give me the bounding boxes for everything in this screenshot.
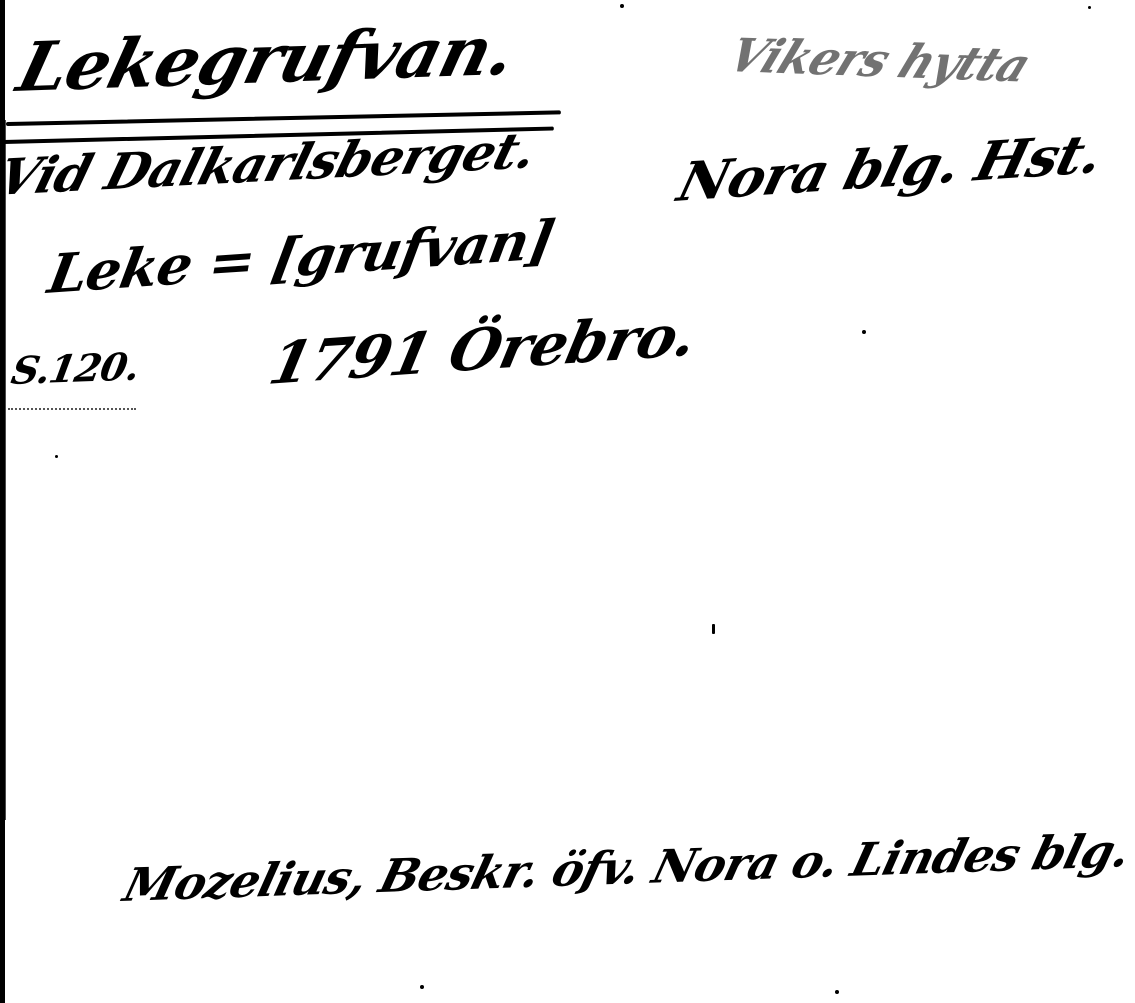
source-citation: Mozelius, Beskr. öfv. Nora o. Lindes blg… bbox=[118, 823, 1135, 912]
ink-speck bbox=[862, 330, 866, 334]
ink-speck bbox=[1088, 6, 1091, 9]
ink-speck bbox=[420, 985, 424, 989]
ink-speck bbox=[620, 4, 624, 8]
page-reference: S.120. bbox=[8, 344, 143, 393]
ink-speck bbox=[835, 990, 839, 994]
card-title: Lekegrufvan. bbox=[10, 11, 523, 108]
archive-card: Lekegrufvan. Vikers hytta Vid Dalkarlsbe… bbox=[0, 0, 1135, 1003]
ink-speck bbox=[55, 455, 58, 458]
location-line: Vid Dalkarlsberget. bbox=[0, 120, 542, 206]
page-reference-dotted-underline bbox=[8, 408, 136, 410]
year-place-line: 1791 Örebro. bbox=[263, 301, 702, 398]
parish-note: Vikers hytta bbox=[720, 28, 1038, 92]
district-note: Nora blg. Hst. bbox=[672, 121, 1109, 214]
card-left-edge-line bbox=[0, 0, 5, 1003]
name-variant-line: Leke = [grufvan] bbox=[44, 207, 559, 305]
ink-speck bbox=[712, 624, 715, 634]
